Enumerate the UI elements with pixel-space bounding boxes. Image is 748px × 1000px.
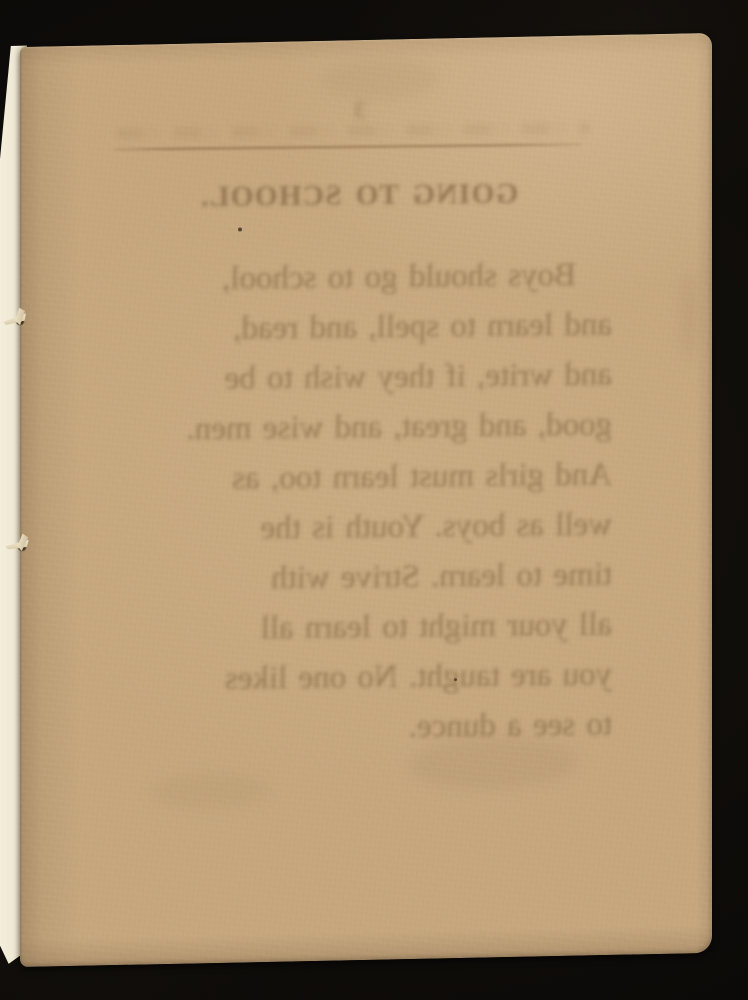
- binding-stitch-bottom: [1, 529, 44, 567]
- showthrough-line: time to learn. Strive with: [106, 550, 612, 605]
- showthrough-line: and learn to spell, and read,: [106, 300, 612, 355]
- showthrough-line: all your might to learn all: [106, 600, 612, 655]
- showthrough-line: good, and great, and wise men.: [106, 400, 612, 455]
- showthrough-line: you are taught. No one likes: [106, 650, 612, 705]
- showthrough-heading: GOING TO SCHOOL.: [106, 177, 612, 215]
- stitch-thread: [3, 313, 28, 326]
- showthrough-line: and write, if they wish to be: [106, 350, 612, 405]
- showthrough-line: Boys should go to school,: [106, 250, 612, 305]
- book-scan-photo: 3 GOING TO SCHOOL. Boys should go to sch…: [0, 0, 748, 1000]
- showthrough-page-number: 3: [106, 95, 612, 128]
- showthrough-body-text: Boys should go to school, and learn to s…: [106, 250, 612, 755]
- showthrough-line: And girls must learn too, as: [106, 450, 612, 505]
- showthrough-line: well as boys. Youth is the: [106, 500, 612, 555]
- paper-stain: [680, 271, 698, 361]
- binding-stitch-top: [1, 305, 41, 339]
- showthrough-content: 3 GOING TO SCHOOL. Boys should go to sch…: [20, 40, 712, 967]
- book-page: 3 GOING TO SCHOOL. Boys should go to sch…: [20, 33, 712, 967]
